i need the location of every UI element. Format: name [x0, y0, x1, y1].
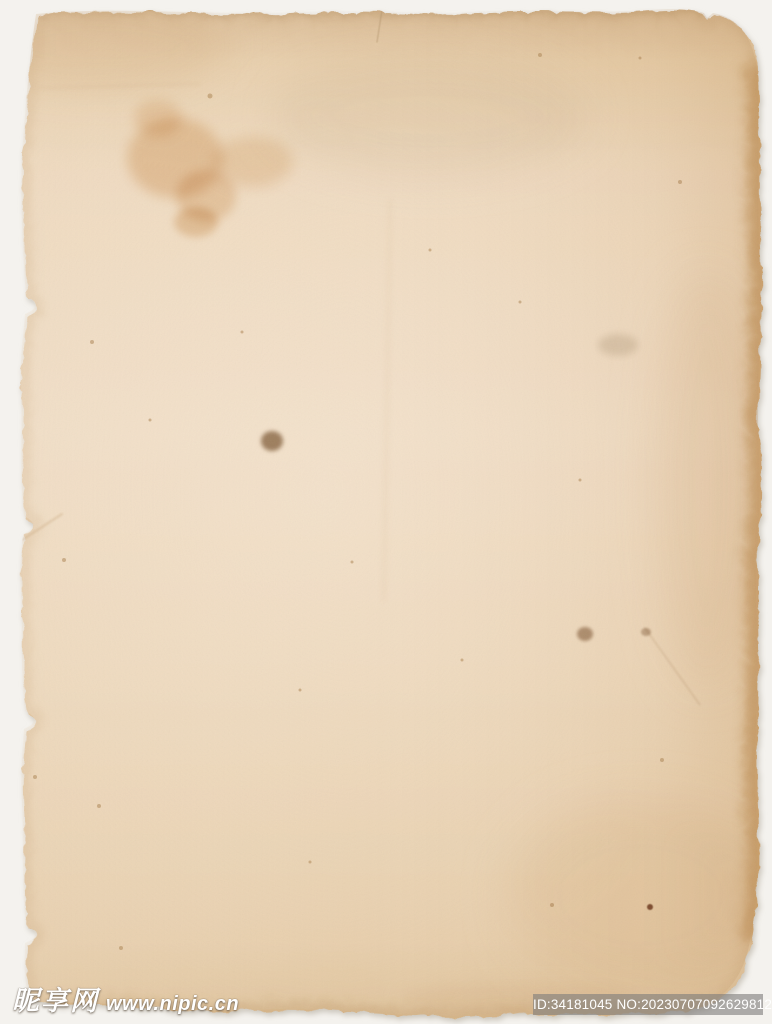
stock-photo-preview: 昵享网 www.nipic.cn ID:34181045 NO:20230707… — [0, 0, 772, 1024]
image-id-bar: ID:34181045 NO:20230707092629812109 — [533, 994, 763, 1015]
paper-photo — [0, 0, 772, 1024]
paper-sheet — [0, 0, 772, 1024]
paper-grain-texture — [0, 0, 772, 1024]
image-id-text: ID:34181045 NO:20230707092629812109 — [533, 997, 772, 1012]
